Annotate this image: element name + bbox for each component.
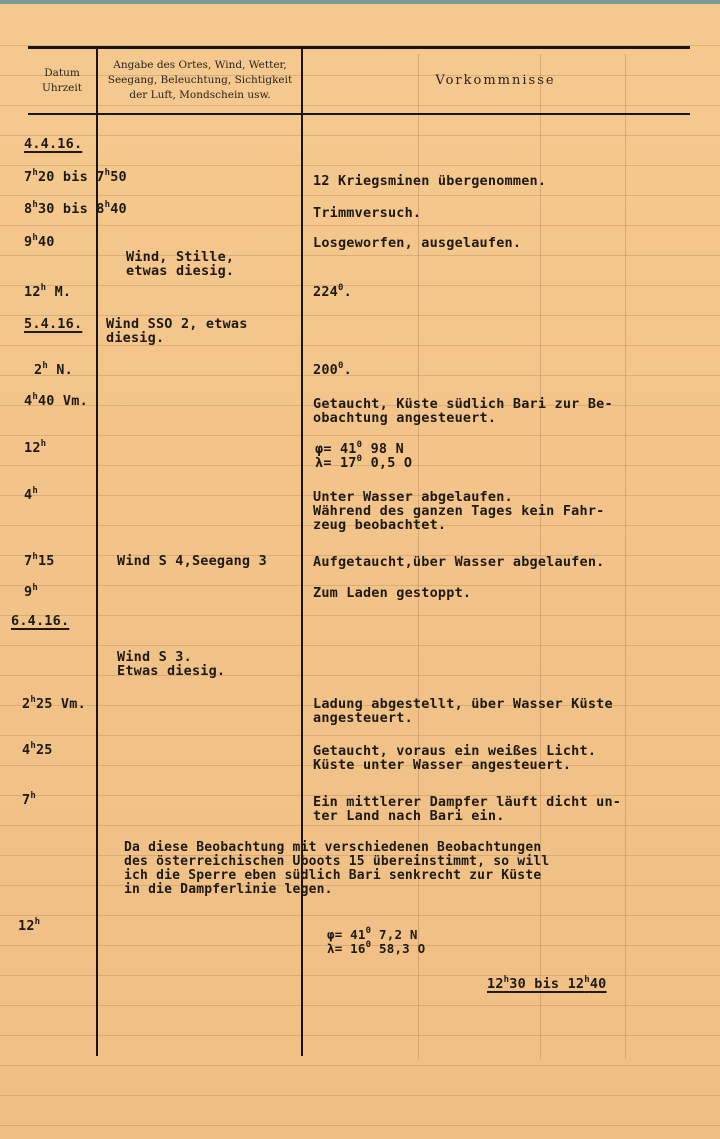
entry-event: Losgeworfen, ausgelaufen. bbox=[313, 236, 521, 250]
header-vorkommnisse: Vorkommnisse bbox=[303, 73, 688, 88]
entry-time: 12h M. bbox=[24, 285, 71, 299]
entry-note: Da diese Beobachtung mit verschiedenen B… bbox=[124, 841, 549, 897]
header-datum-uhrzeit: Datum Uhrzeit bbox=[30, 66, 94, 96]
entry-weather: Wind S 4,Seegang 3 bbox=[117, 554, 267, 568]
entry-time: 7h bbox=[22, 793, 36, 807]
entry-time: 2h N. bbox=[34, 363, 73, 377]
entry-weather: Wind SSO 2, etwas diesig. bbox=[106, 317, 248, 345]
header-angabe-line: Angabe des Ortes, Wind, Wetter, bbox=[100, 58, 300, 73]
entry-time: 12h bbox=[18, 919, 40, 933]
entry-event: 2240. bbox=[313, 285, 352, 299]
entry-time: 7h15 bbox=[24, 554, 55, 568]
entry-time-range: 12h30 bis 12h40 bbox=[487, 977, 607, 991]
table-top-rule bbox=[28, 46, 690, 49]
header-datum: Datum bbox=[30, 66, 94, 81]
header-bottom-rule bbox=[28, 113, 690, 115]
entry-date: 5.4.16. bbox=[24, 317, 82, 331]
entry-date: 4.4.16. bbox=[24, 137, 82, 151]
entry-event: Getaucht, Küste südlich Bari zur Be- oba… bbox=[313, 397, 613, 425]
entry-event: Trimmversuch. bbox=[313, 206, 421, 220]
entry-time: 4h25 bbox=[22, 743, 53, 757]
entry-position: φ= 410 7,2 N bbox=[327, 928, 418, 942]
entry-position: λ= 160 58,3 O bbox=[327, 942, 425, 956]
entry-event: 2000. bbox=[313, 363, 352, 377]
entry-event: Zum Laden gestoppt. bbox=[313, 586, 471, 600]
grid-line bbox=[625, 54, 626, 1059]
entry-time: 12h bbox=[24, 441, 46, 455]
column-divider-2 bbox=[301, 49, 303, 1056]
entry-time: 9h40 bbox=[24, 235, 55, 249]
entry-event: Ladung abgestellt, über Wasser Küste ang… bbox=[313, 697, 613, 725]
entry-time: 4h40 Vm. bbox=[24, 394, 88, 408]
entry-event: 12 Kriegsminen übergenommen. bbox=[313, 174, 546, 188]
header-uhrzeit: Uhrzeit bbox=[30, 81, 94, 96]
entry-event: Ein mittlerer Dampfer läuft dicht un- te… bbox=[313, 795, 621, 823]
entry-time: 7h20 bis 7h50 bbox=[24, 170, 127, 184]
header-angabe-line: der Luft, Mondschein usw. bbox=[100, 88, 300, 103]
entry-time: 2h25 Vm. bbox=[22, 697, 86, 711]
entry-time: 4h bbox=[24, 488, 38, 502]
entry-weather: Wind, Stille, etwas diesig. bbox=[126, 250, 234, 278]
entry-event: Aufgetaucht,über Wasser abgelaufen. bbox=[313, 555, 604, 569]
entry-date: 6.4.16. bbox=[11, 614, 69, 628]
entry-position: λ= 170 0,5 O bbox=[315, 456, 412, 470]
header-angabe-line: Seegang, Beleuchtung, Sichtigkeit bbox=[100, 73, 300, 88]
header-angabe: Angabe des Ortes, Wind, Wetter, Seegang,… bbox=[100, 58, 300, 103]
entry-time: 9h bbox=[24, 585, 38, 599]
entry-event: Getaucht, voraus ein weißes Licht. Küste… bbox=[313, 744, 596, 772]
entry-weather: Wind S 3. Etwas diesig. bbox=[117, 650, 225, 678]
entry-time: 8h30 bis 8h40 bbox=[24, 202, 127, 216]
entry-event: Unter Wasser abgelaufen. Während des gan… bbox=[313, 490, 604, 532]
